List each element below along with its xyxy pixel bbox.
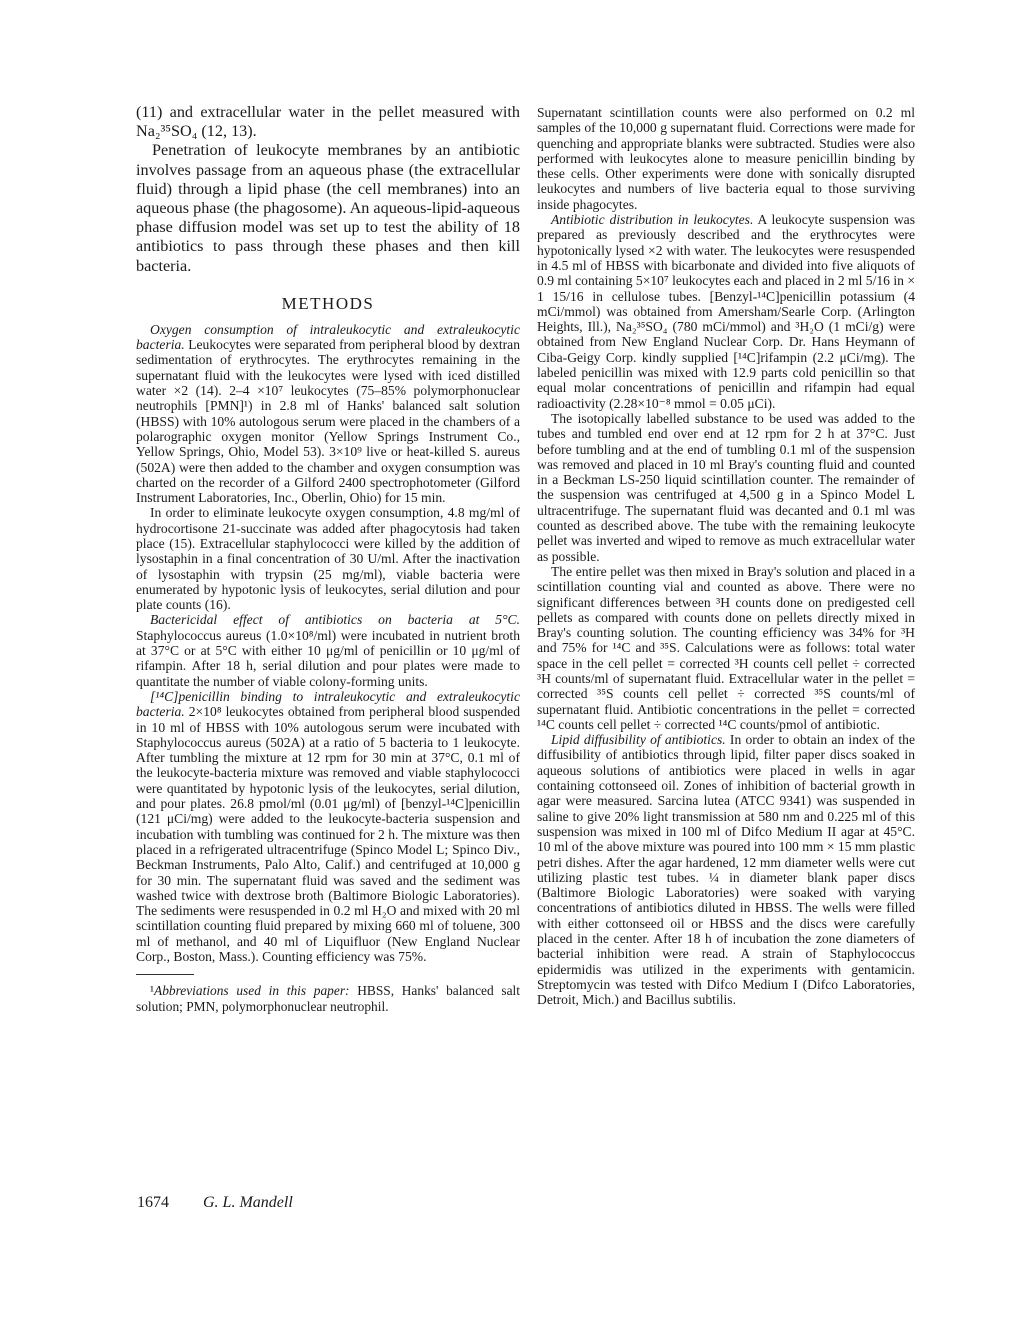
page-footer: 1674G. L. Mandell xyxy=(137,1194,293,1212)
paragraph-text: Leukocytes were separated from periphera… xyxy=(136,337,520,505)
left-column: (11) and extracellular water in the pell… xyxy=(136,103,520,1014)
paragraph-isotope-tumbling: The isotopically labelled substance to b… xyxy=(537,411,915,564)
page-number: 1674 xyxy=(137,1194,203,1212)
methods-body-right: Supernatant scintillation counts were al… xyxy=(537,105,915,1008)
paragraph-text: The entire pellet was then mixed in Bray… xyxy=(537,564,915,732)
paragraph-bactericidal-effect: Bactericidal effect of antibiotics on ba… xyxy=(136,612,520,688)
footnote-label: Abbreviations used in this paper: xyxy=(154,983,349,998)
paragraph-text: Staphylococcus aureus (1.0×10⁸/ml) were … xyxy=(136,628,520,689)
methods-body-left: Oxygen consumption of intraleukocytic an… xyxy=(136,322,520,964)
paragraph-text: A leukocyte suspension was prepared as p… xyxy=(537,212,915,411)
run-in-heading: Lipid diffusibility of antibiotics. xyxy=(551,732,726,747)
paragraph-pellet-calculations: The entire pellet was then mixed in Bray… xyxy=(537,564,915,732)
right-column: Supernatant scintillation counts were al… xyxy=(537,105,915,1008)
paragraph-supernatant-counts: Supernatant scintillation counts were al… xyxy=(537,105,915,212)
paragraph-text: In order to obtain an index of the diffu… xyxy=(537,732,915,1007)
running-author: G. L. Mandell xyxy=(203,1194,293,1211)
footnote-divider xyxy=(136,974,194,975)
footnote: ¹Abbreviations used in this paper: HBSS,… xyxy=(136,983,520,1014)
run-in-heading: Antibiotic distribution in leukocytes. xyxy=(551,212,753,227)
intro-text: (11) and extracellular water in the pell… xyxy=(136,103,520,276)
paragraph-hydrocortisone: In order to eliminate leukocyte oxygen c… xyxy=(136,505,520,612)
intro-paragraph: Penetration of leukocyte membranes by an… xyxy=(136,141,520,275)
paragraph-oxygen-consumption: Oxygen consumption of intraleukocytic an… xyxy=(136,322,520,506)
paragraph-text: The isotopically labelled substance to b… xyxy=(537,411,915,564)
intro-paragraph-continued: (11) and extracellular water in the pell… xyxy=(136,103,520,141)
paragraph-antibiotic-distribution: Antibiotic distribution in leukocytes. A… xyxy=(537,212,915,411)
paragraph-text: Supernatant scintillation counts were al… xyxy=(537,105,915,212)
paragraph-text: 2×10⁸ leukocytes obtained from periphera… xyxy=(136,704,520,964)
paragraph-text: In order to eliminate leukocyte oxygen c… xyxy=(136,505,520,612)
run-in-heading: Bactericidal effect of antibiotics on ba… xyxy=(150,612,520,627)
paragraph-lipid-diffusibility: Lipid diffusibility of antibiotics. In o… xyxy=(537,732,915,1007)
section-heading-methods: METHODS xyxy=(136,294,520,314)
paragraph-penicillin-binding: [¹⁴C]penicillin binding to intraleukocyt… xyxy=(136,689,520,964)
